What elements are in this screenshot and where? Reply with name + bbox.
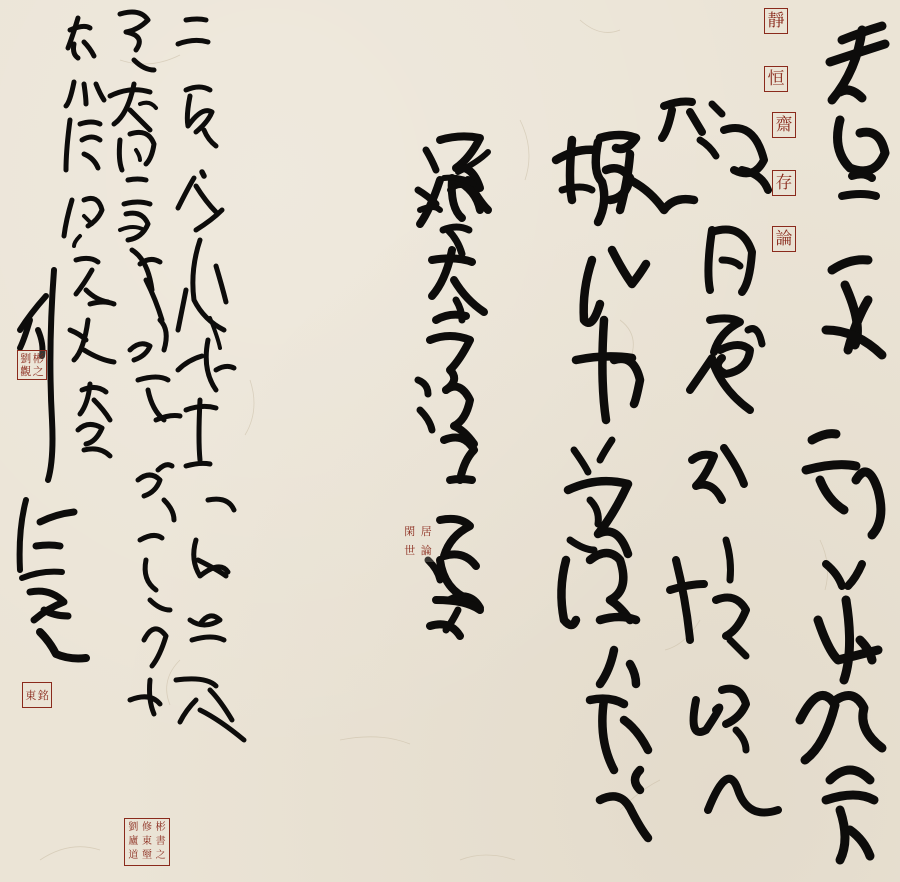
seal-left-lower: 東 銘 bbox=[22, 682, 52, 708]
seal-top-3: 齋 bbox=[772, 112, 796, 138]
seal-character: 閑 bbox=[402, 526, 418, 537]
seal-character: 東 bbox=[141, 837, 154, 847]
seal-middle: 閑 居 世 論 bbox=[400, 520, 436, 562]
seal-character: 道 bbox=[127, 851, 140, 861]
seal-character: 恒 bbox=[768, 71, 785, 88]
seal-character: 書 bbox=[154, 837, 167, 847]
seal-top-1: 靜 bbox=[764, 8, 788, 34]
seal-top-2: 恒 bbox=[764, 66, 788, 92]
seal-character: 存 bbox=[776, 175, 793, 192]
seal-left-upper: 劉 彬 觀 之 bbox=[17, 350, 47, 380]
signature bbox=[0, 0, 900, 882]
seal-character: 之 bbox=[33, 366, 45, 377]
seal-top-5: 論 bbox=[772, 226, 796, 252]
seal-character: 靜 bbox=[768, 13, 785, 30]
seal-character: 銘 bbox=[38, 690, 50, 701]
seal-character: 世 bbox=[402, 545, 418, 556]
seal-character: 居 bbox=[419, 526, 435, 537]
seal-character: 觀 bbox=[20, 366, 32, 377]
seal-character: 論 bbox=[419, 545, 435, 556]
seal-character: 壐 bbox=[141, 851, 154, 861]
seal-character: 彬 bbox=[154, 823, 167, 833]
seal-character: 劉 bbox=[20, 353, 32, 364]
seal-character: 廬 bbox=[127, 837, 140, 847]
seal-character: 東 bbox=[25, 690, 37, 701]
seal-top-4: 存 bbox=[772, 170, 796, 196]
seal-character: 論 bbox=[776, 231, 793, 248]
seal-character: 劉 bbox=[127, 823, 140, 833]
seal-character: 齋 bbox=[776, 117, 793, 134]
seal-character: 修 bbox=[141, 823, 154, 833]
calligraphy-artwork: 靜 恒 齋 存 論 閑 居 世 論 劉 彬 觀 之 東 銘 劉 修 彬 廬 東 … bbox=[0, 0, 900, 882]
seal-character: 彬 bbox=[33, 353, 45, 364]
seal-bottom: 劉 修 彬 廬 東 書 道 壐 之 bbox=[124, 818, 170, 866]
seal-character: 之 bbox=[154, 851, 167, 861]
